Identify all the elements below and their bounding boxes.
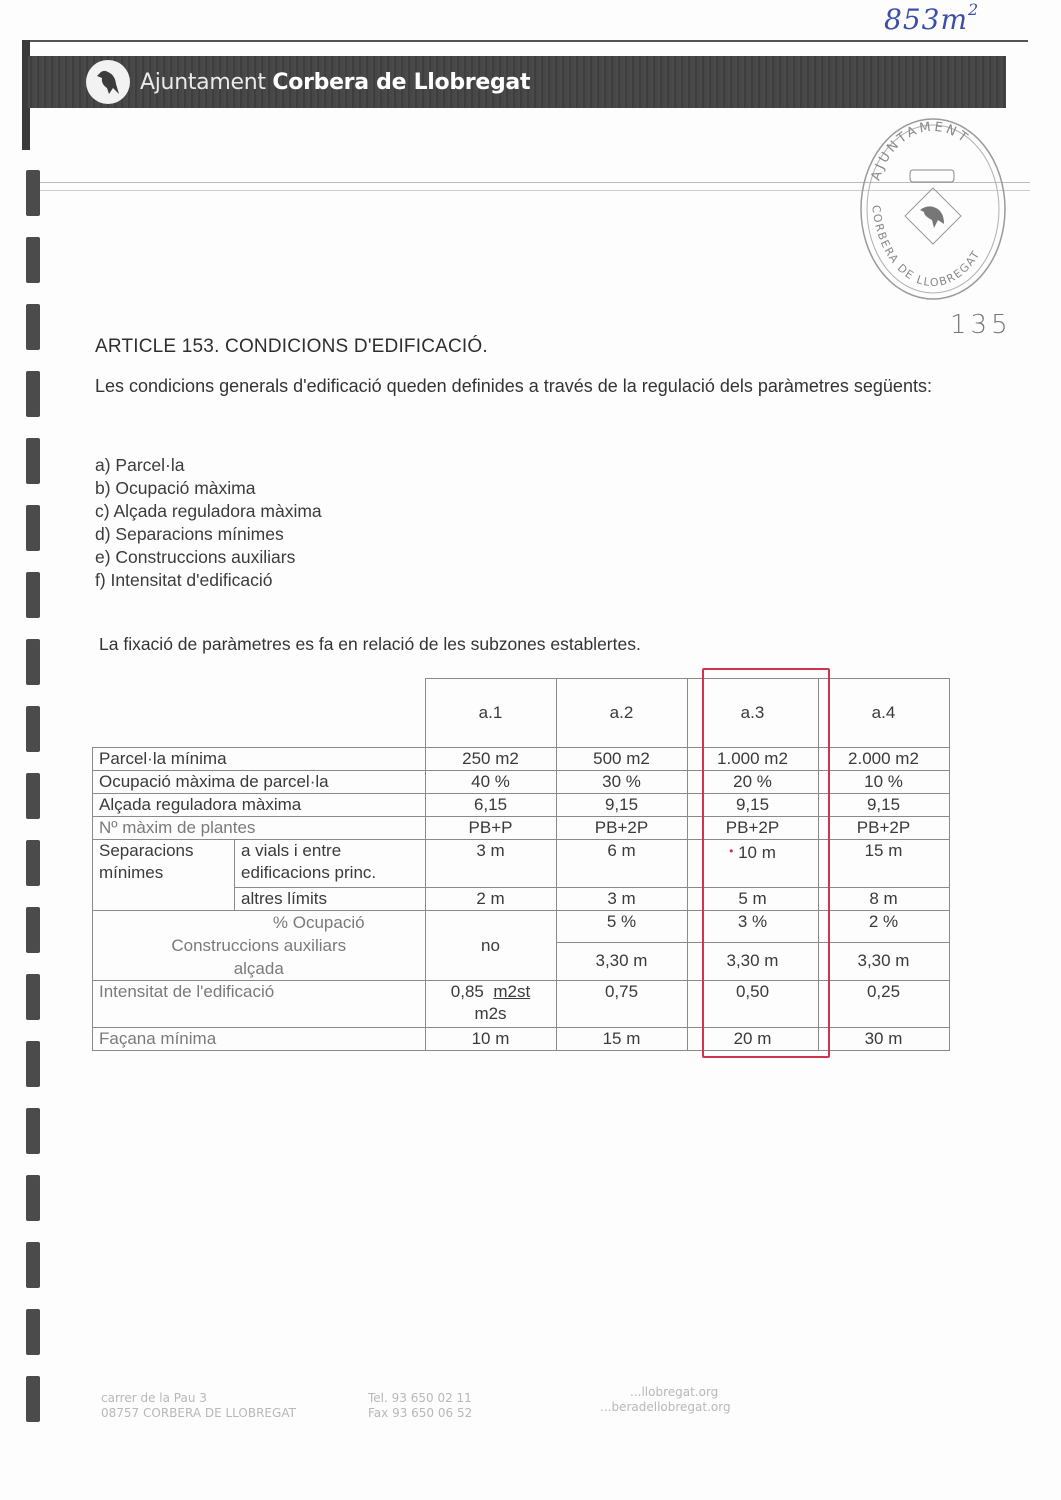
fixation-note: La fixació de paràmetres es fa en relaci… [99,634,641,655]
label-ocupacio: % Ocupació [99,911,419,934]
binding-holes [26,170,42,1443]
svg-text:AJUNTAMENT: AJUNTAMENT [869,120,973,183]
cell: 2 % [818,911,949,943]
row-label: % Ocupació Construccions auxiliars alçad… [93,911,426,981]
row-label: altres límits [235,887,426,910]
row-label: Façana mínima [93,1028,426,1051]
footer-phone: Tel. 93 650 02 11 Fax 93 650 06 52 [368,1391,472,1421]
cell: 3 m [556,887,687,910]
cell: 0,85 m2st m2s [425,981,556,1028]
cell: 3 m [425,840,556,888]
unit-denominator: m2s [474,1004,506,1023]
cell: PB+2P [818,817,949,840]
cell: 40 % [425,771,556,794]
parameter-list: a) Parcel·la b) Ocupació màxima c) Alçad… [95,454,322,592]
cell: no [425,911,556,981]
label-alcada: alçada [99,957,419,980]
list-item: d) Separacions mínimes [95,523,322,546]
cell: 5 % [556,911,687,943]
row-group-label: Separacions mínimes [93,840,235,911]
page-number: 135 [950,310,1012,340]
cell: 3,30 m [556,942,687,980]
cell: 6 m [556,840,687,888]
handwritten-value: 853m [884,3,968,36]
top-rule [22,40,1028,42]
footer-address: carrer de la Pau 3 08757 CORBERA DE LLOB… [101,1391,296,1421]
cell: 250 m2 [425,748,556,771]
handwritten-area-note: 853m2 [884,0,979,36]
cell-value: 0,85 [451,982,484,1001]
row-label: Parcel·la mínima [93,748,426,771]
row-label: Alçada reguladora màxima [93,794,426,817]
cell: 6,15 [425,794,556,817]
unit-numerator: m2st [493,982,530,1001]
address-line: carrer de la Pau 3 [101,1391,296,1406]
list-item: f) Intensitat d'edificació [95,569,322,592]
column-header: a.4 [818,679,949,748]
header-banner: Ajuntament Corbera de Llobregat [28,56,1006,108]
org-title: Ajuntament Corbera de Llobregat [140,70,530,95]
article-title: ARTICLE 153. CONDICIONS D'EDIFICACIÓ. [95,336,488,358]
cell: 0,25 [818,981,949,1028]
cell: 15 m [556,1028,687,1051]
list-item: a) Parcel·la [95,454,322,477]
row-label: Intensitat de l'edificació [93,981,426,1028]
cell: 30 % [556,771,687,794]
column-header: a.2 [556,679,687,748]
cell: 15 m [818,840,949,888]
row-label: a vials i entre edificacions princ. [235,840,426,888]
list-item: e) Construccions auxiliars [95,546,322,569]
tel: Tel. 93 650 02 11 [368,1391,472,1406]
cell: 9,15 [556,794,687,817]
handwritten-exponent: 2 [968,0,979,19]
intro-paragraph: Les condicions generals d'edificació que… [95,374,985,398]
web-line: ...llobregat.org [540,1385,731,1400]
org-prefix: Ajuntament [140,70,266,95]
row-label: Ocupació màxima de parcel·la [93,771,426,794]
row-label: Nº màxim de plantes [93,817,426,840]
cell: 30 m [818,1028,949,1051]
web-line: ...beradellobregat.org [540,1400,731,1415]
cell: 3,30 m [818,942,949,980]
cell: 500 m2 [556,748,687,771]
address-line: 08757 CORBERA DE LLOBREGAT [101,1406,296,1421]
cell: 10 m [425,1028,556,1051]
cell: PB+2P [556,817,687,840]
label-construccions: Construccions auxiliars [99,934,419,957]
cell: 9,15 [818,794,949,817]
org-name: Corbera de Llobregat [272,70,530,95]
footer-web: ...llobregat.org ...beradellobregat.org [540,1385,731,1415]
cell: 8 m [818,887,949,910]
municipal-stamp-icon: AJUNTAMENT CORBERA DE LLOBREGAT [858,116,1008,302]
crow-logo-icon [86,60,130,104]
list-item: b) Ocupació màxima [95,477,322,500]
cell: PB+P [425,817,556,840]
cell: 0,75 [556,981,687,1028]
cell: 10 % [818,771,949,794]
cell: 2.000 m2 [818,748,949,771]
column-header: a.1 [425,679,556,748]
fax: Fax 93 650 06 52 [368,1406,472,1421]
list-item: c) Alçada reguladora màxima [95,500,322,523]
highlight-a3-annotation [702,668,830,1058]
cell: 2 m [425,887,556,910]
